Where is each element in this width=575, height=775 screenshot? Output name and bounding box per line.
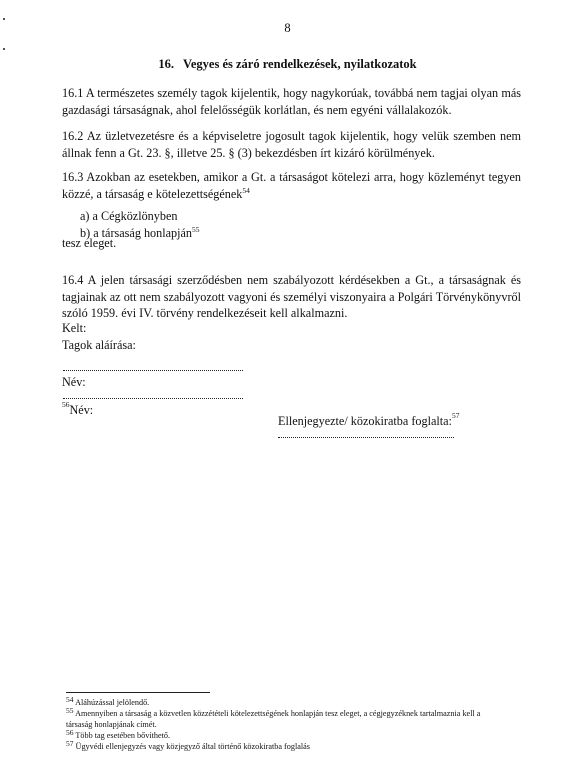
name-label-2: 56Név: [62,403,93,418]
section-heading: 16.Vegyes és záró rendelkezések, nyilatk… [0,57,575,72]
kelt-label: Kelt: [62,320,136,337]
footnote-54: 54 Aláhúzással jelölendő. [66,698,506,709]
scan-mark [3,18,5,20]
footnote-separator [66,692,210,693]
paragraph-16-1: 16.1 A természetes személy tagok kijelen… [62,85,521,118]
section-number: 16. [158,57,174,71]
signature-line-1 [63,370,243,371]
footnote-ref-55: 55 [192,225,200,234]
countersign-line [278,437,454,438]
signature-line-2 [63,398,243,399]
signature-block: Kelt: Tagok aláírása: [62,320,136,353]
paragraph-16-3-text: 16.3 Azokban az esetekben, amikor a Gt. … [62,170,521,201]
section-title: Vegyes és záró rendelkezések, nyilatkoza… [183,57,417,71]
footnote-57: 57 Ügyvédi ellenjegyzés vagy közjegyző á… [66,742,506,753]
list-item: a) a Cégközlönyben [80,208,200,225]
page-number: 8 [0,21,575,36]
paragraph-16-4: 16.4 A jelen társasági szerződésben nem … [62,272,521,322]
countersign-label: Ellenjegyezte/ közokiratba foglalta:57 [278,414,459,429]
footnote-55: 55 Amennyiben a társaság a közvetlen köz… [66,709,506,730]
footnote-56: 56 Több tag esetében bővíthető. [66,731,506,742]
footnote-ref-56: 56 [62,400,70,409]
paragraph-16-3-tail: tesz eleget. [62,236,116,251]
footnote-ref-54: 54 [242,186,250,195]
members-signature-label: Tagok aláírása: [62,337,136,354]
scan-mark [3,48,5,50]
paragraph-16-3: 16.3 Azokban az esetekben, amikor a Gt. … [62,169,521,202]
footnote-ref-57: 57 [452,411,460,420]
name-label-1: Név: [62,375,86,390]
paragraph-16-2: 16.2 Az üzletvezetésre és a képviseletre… [62,128,521,161]
